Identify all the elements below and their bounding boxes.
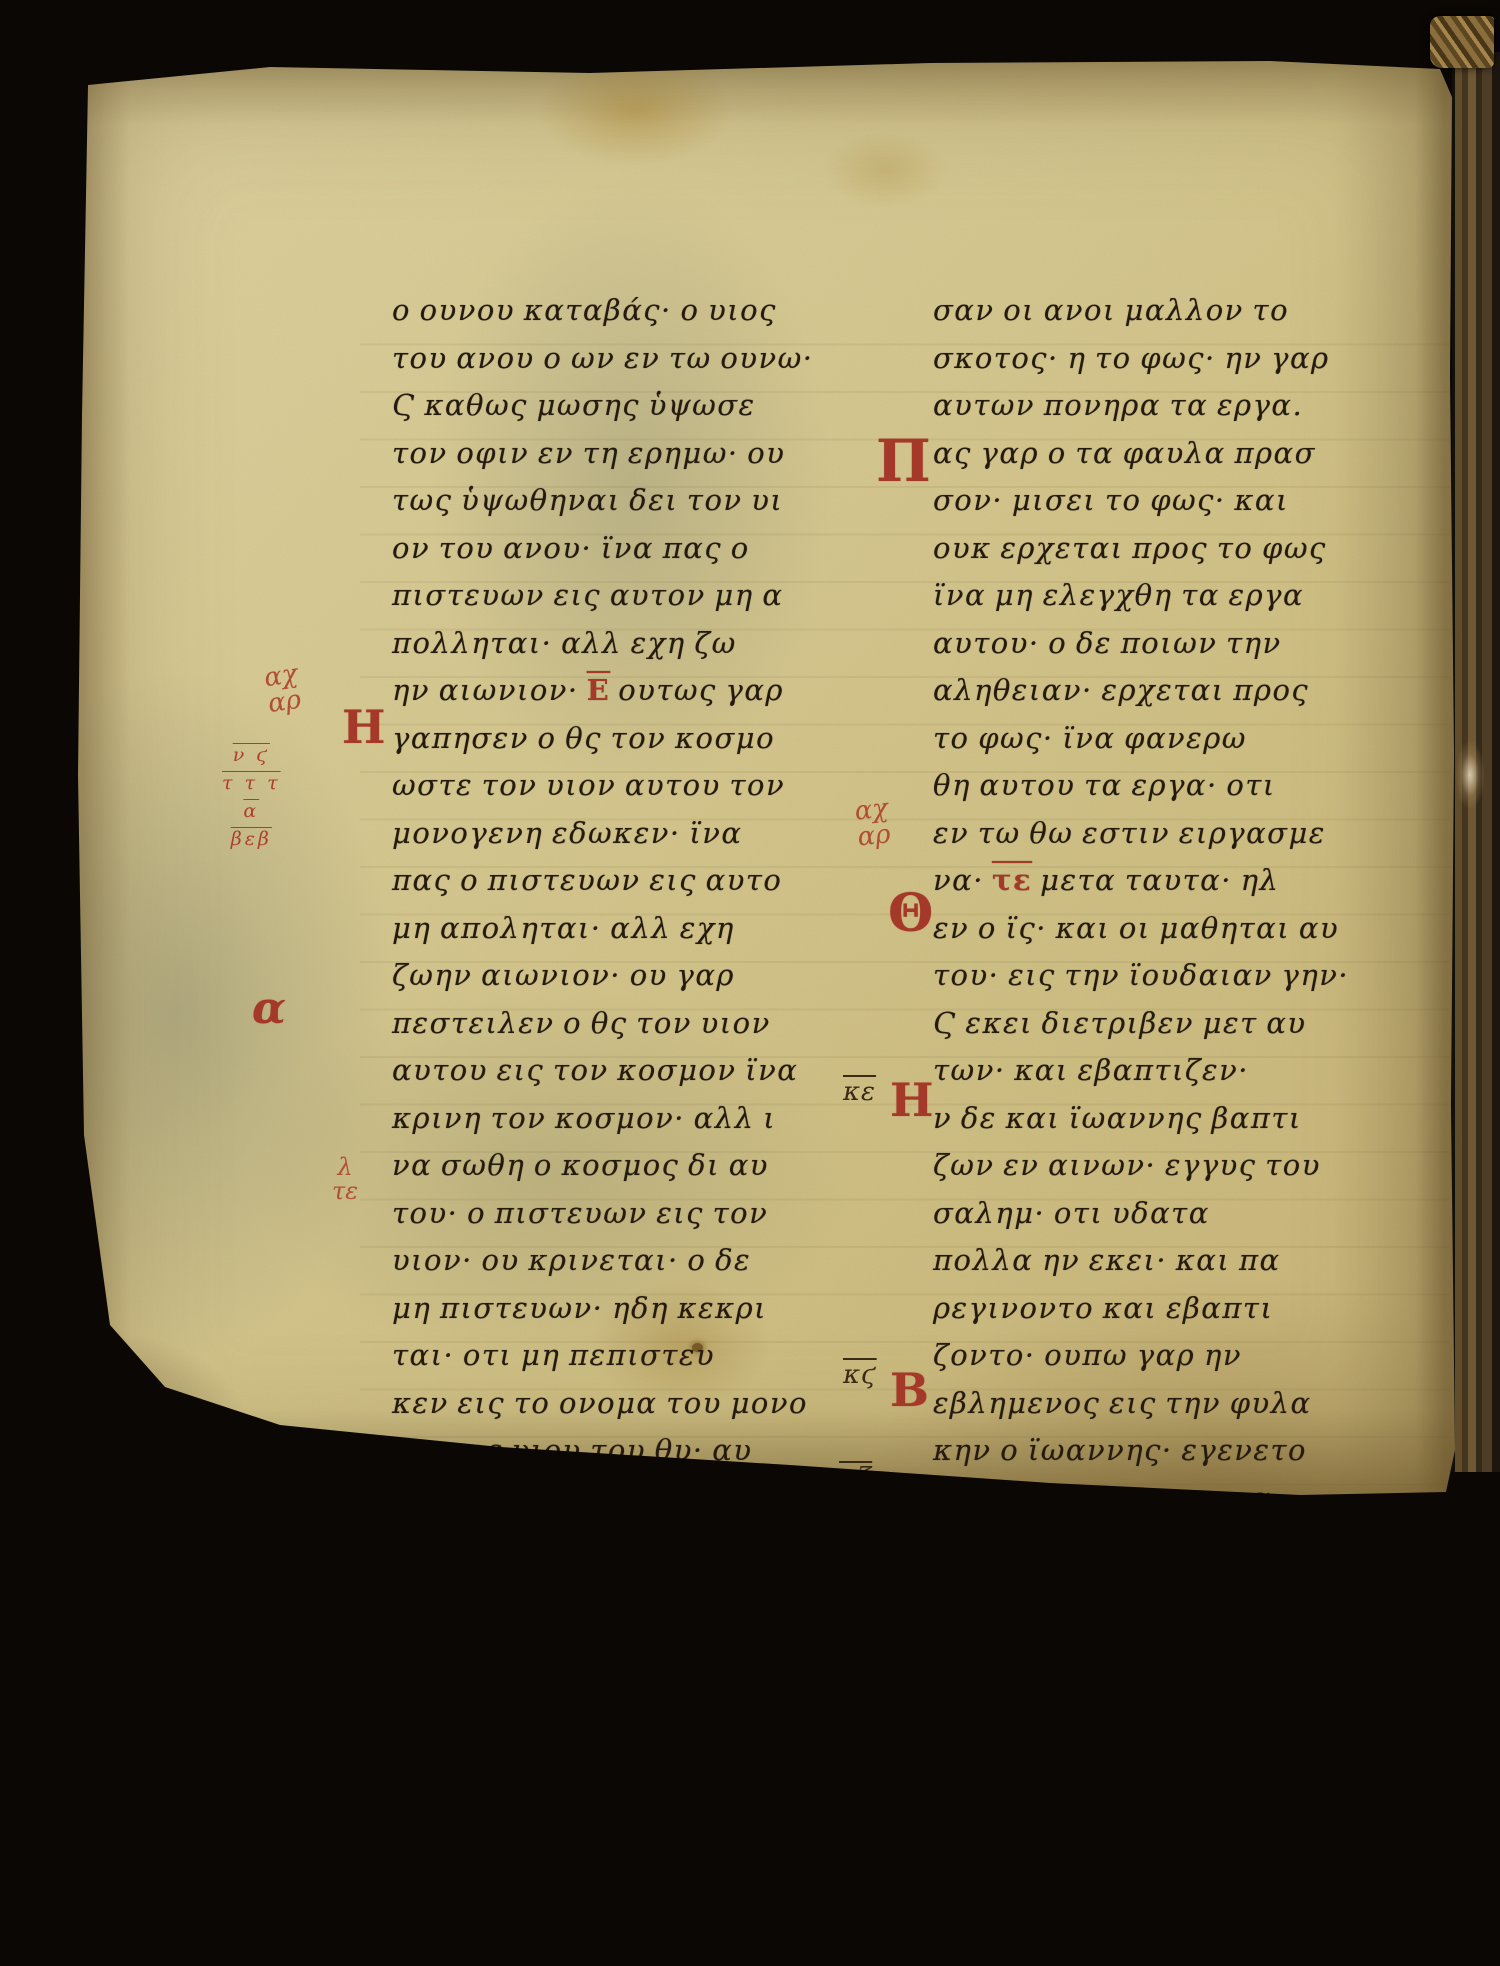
text-line: μη αποληται· αλλ εχη xyxy=(392,905,862,953)
text-line: υν ζητησις εκ των μα xyxy=(933,1475,1393,1523)
text-line: ϊουδαιων περι καθαρισμου xyxy=(933,1570,1393,1618)
lection-rubric: τω ε̃ του πασχ xyxy=(957,1663,1216,1710)
text-line: σκοτος· η το φως· ην γαρ xyxy=(933,335,1393,383)
text-line: το φως· ϊνα φανερω xyxy=(933,715,1393,763)
initial-eta: Η xyxy=(890,1073,933,1127)
text-line: μονογενη εδωκεν· ϊνα xyxy=(392,810,862,858)
manuscript-page: ο ουνου καταβάς· ο υιος του ανου ο ων εν… xyxy=(70,55,1455,1500)
arche-mark: αχ αρ xyxy=(263,661,303,717)
initial-eta: Η xyxy=(342,700,385,754)
text-line: εν ο ϊς· και οι μαθηται αυ xyxy=(933,905,1393,953)
text-line: ρεγινοντο και εβαπτι xyxy=(933,1285,1393,1333)
text-segment: να· xyxy=(933,863,984,897)
text-line: τως ὑψωθηναι δει τον υι xyxy=(392,477,862,525)
text-line: πιστευων εις αυτον μη α xyxy=(392,572,862,620)
text-line: κεν εις το ονομα του μονο xyxy=(392,1380,862,1428)
text-line: ν δε και ϊωαννης βαπτι xyxy=(933,1095,1393,1143)
text-line: τη δε εστιν η κρισις· οτι xyxy=(392,1475,862,1523)
kephalaion-number: κζ xyxy=(839,1463,872,1493)
text-line: γενους υιου του θυ· αυ xyxy=(392,1427,862,1475)
text-line: Ϛ καθως μωσης ὑψωσε xyxy=(392,382,862,430)
cluster-row: τ τ τ xyxy=(222,769,281,797)
text-line: ται· οτι μη πεπιστευ xyxy=(392,1332,862,1380)
text-line: του ανου ο ων εν τω ουνω· xyxy=(392,335,862,383)
text-line: σον· μισει το φως· και xyxy=(933,477,1393,525)
text-line: ουκ ερχεται προς το φως xyxy=(933,525,1393,573)
telos-mark: Ε xyxy=(579,673,619,707)
text-line: ζοντο· ουπω γαρ ην xyxy=(933,1332,1393,1380)
initial-pi: Π xyxy=(876,427,931,495)
cluster-row: α xyxy=(222,797,281,825)
text-segment: μετα ταυτα· ηλ xyxy=(1040,863,1279,897)
text-line: υιον· ου κρινεται· ο δε xyxy=(392,1237,862,1285)
text-line: θητων ϊωαννου μετα xyxy=(933,1522,1393,1570)
text-line: να σωθη ο κοσμος δι αυ xyxy=(392,1142,862,1190)
telos-mark-bottom: τε xyxy=(332,1179,358,1203)
text-line: κρινη τον κοσμον· αλλ ι xyxy=(392,1095,862,1143)
text-line: κην ο ϊωαννης· εγενετο xyxy=(933,1427,1393,1475)
text-line: πολληται· αλλ εχη ζω xyxy=(392,620,862,668)
text-line: του· εις την ϊουδαιαν γην· xyxy=(933,952,1393,1000)
kephalaion-number: κε xyxy=(843,1077,876,1107)
text-line: αυτων πονηρα τα εργα. xyxy=(933,382,1393,430)
text-line: σαν οι ανοι μαλλον το xyxy=(933,287,1393,335)
telos-mark: τε xyxy=(984,863,1040,897)
rubric-text: τω ε̃ του πασ xyxy=(957,1665,1200,1709)
text-line: θη αυτου τα εργα· οτι xyxy=(933,762,1393,810)
text-line: εβλημενος εις την φυλα xyxy=(933,1380,1393,1428)
initial-alpha: α xyxy=(252,983,286,1034)
text-segment: ουτως γαρ xyxy=(618,673,784,707)
text-line: Ϛ εκει διετριβεν μετ αυ xyxy=(933,1000,1393,1048)
text-line: ϊνα μη ελεγχθη τα εργα xyxy=(933,572,1393,620)
arche-mark-bottom: αρ xyxy=(856,821,892,850)
text-line: εν τω θω εστιν ειργασμε xyxy=(933,810,1393,858)
telos-mark-top: λ xyxy=(332,1155,358,1179)
cluster-row: βεβ xyxy=(222,825,281,853)
text-line: πας ο πιστευων εις αυτο xyxy=(392,857,862,905)
left-text-column: ο ουνου καταβάς· ο υιος του ανου ο ων εν… xyxy=(392,287,862,1617)
arche-mark: αχ αρ xyxy=(853,795,892,850)
text-line: αυτου· ο δε ποιων την xyxy=(933,620,1393,668)
text-line: κοσμον· και ηγαπη xyxy=(392,1570,862,1618)
text-line: μη πιστευων· ηδη κεκρι xyxy=(392,1285,862,1333)
rubric-superscript: χ xyxy=(1199,1663,1216,1689)
text-line: αληθειαν· ερχεται προς xyxy=(933,667,1393,715)
eusebian-apparatus-cluster: ν ϛ τ τ τ α βεβ xyxy=(222,741,281,853)
text-line: σαλημ· οτι υδατα xyxy=(933,1190,1393,1238)
initial-omicron: Ο xyxy=(894,1473,932,1524)
text-line: το φως εληλυθεν εις τον xyxy=(392,1522,862,1570)
text-line: να·τεμετα ταυτα· ηλ xyxy=(933,857,1393,905)
text-line: τον οφιν εν τη ερημω· ου xyxy=(392,430,862,478)
text-line: πολλα ην εκει· και πα xyxy=(933,1237,1393,1285)
kephalaion-number: κϛ xyxy=(843,1360,877,1390)
text-line: του· ο πιστευων εις τον xyxy=(392,1190,862,1238)
text-line: ωστε τον υιον αυτου τον xyxy=(392,762,862,810)
text-line: ον του ανου· ϊνα πας ο xyxy=(392,525,862,573)
cluster-row: ν ϛ xyxy=(222,741,281,769)
text-line: ην αιωνιον·Εουτως γαρ xyxy=(392,667,862,715)
fore-edge-highlight xyxy=(1455,740,1485,810)
text-line: των· και εβαπτιζεν· xyxy=(933,1047,1393,1095)
text-line: ο ουνου καταβάς· ο υιος xyxy=(392,287,862,335)
text-line: ας γαρ ο τα φαυλα πρασ xyxy=(933,430,1393,478)
text-line: ζωην αιωνιον· ου γαρ xyxy=(392,952,862,1000)
telos-mark: λ τε xyxy=(332,1155,358,1203)
text-line: πεστειλεν ο θς τον υιον xyxy=(392,1000,862,1048)
right-text-column: σαν οι ανοι μαλλον το σκοτος· η το φως· … xyxy=(933,287,1393,1617)
text-line: αυτου εις τον κοσμον ϊνα xyxy=(392,1047,862,1095)
text-line: γαπησεν ο θς τον κοσμο xyxy=(392,715,862,763)
endband-braid xyxy=(1430,16,1494,68)
text-line: ζων εν αινων· εγγυς του xyxy=(933,1142,1393,1190)
arche-mark-bottom: αρ xyxy=(266,687,303,717)
manuscript-photo: ο ουνου καταβάς· ο υιος του ανου ο ων εν… xyxy=(0,0,1500,1966)
initial-theta: Θ xyxy=(888,883,933,944)
text-segment: ην αιωνιον· xyxy=(392,673,579,707)
initial-beta: Β xyxy=(890,1363,929,1417)
